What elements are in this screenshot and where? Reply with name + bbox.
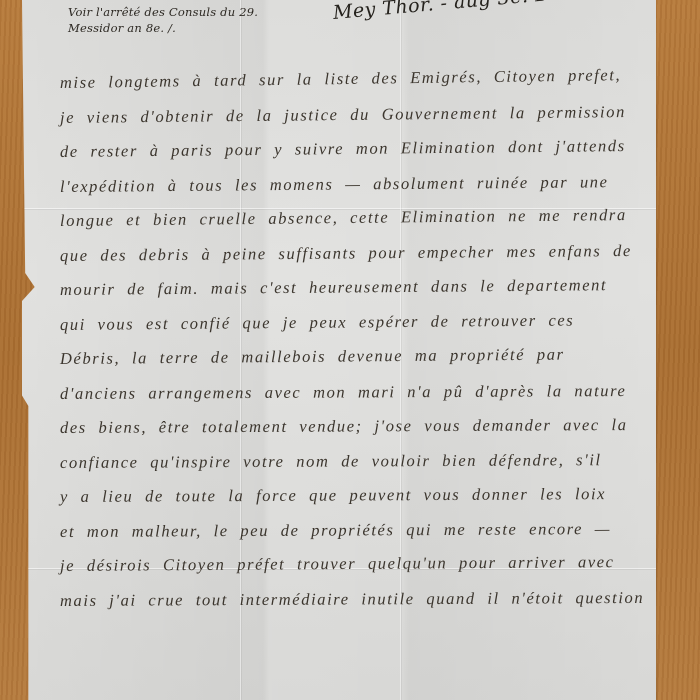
- letter-line: d'anciens arrangemens avec mon mari n'a …: [60, 375, 660, 413]
- letter-line: mise longtems à tard sur la liste des Em…: [60, 60, 660, 103]
- letter-line: y a lieu de toute la force que peuvent v…: [60, 479, 660, 517]
- letter-line: longue et bien cruelle absence, cette El…: [60, 200, 660, 241]
- letter-line: confiance qu'inspire votre nom de vouloi…: [60, 444, 660, 482]
- letter-line: que des debris à peine suffisants pour e…: [60, 235, 660, 275]
- letter-line: mais j'ai crue tout intermédiaire inutil…: [60, 582, 660, 620]
- letter-line: et mon malheur, le peu de propriétés qui…: [60, 513, 660, 551]
- letter-line: de rester à paris pour y suivre mon Elim…: [60, 131, 660, 172]
- letter-body: mise longtems à tard sur la liste des Em…: [60, 68, 660, 620]
- header-annotation-line: Messidor an 8e. /.: [68, 20, 258, 36]
- header-annotation: Voir l'arrêté des Consuls du 29. Messido…: [68, 4, 258, 36]
- letter-line: Débris, la terre de maillebois devenue m…: [60, 339, 660, 379]
- letter-line: qui vous est confié que je peux espérer …: [60, 304, 660, 344]
- letter-line: des biens, être totalement vendue; j'ose…: [60, 410, 660, 448]
- header-annotation-line: Voir l'arrêté des Consuls du 29.: [68, 4, 258, 20]
- letter-line: mourir de faim. mais c'est heureusement …: [60, 270, 660, 310]
- letter-line: je désirois Citoyen préfet trouver quelq…: [60, 547, 660, 586]
- wood-table-left: [0, 0, 24, 700]
